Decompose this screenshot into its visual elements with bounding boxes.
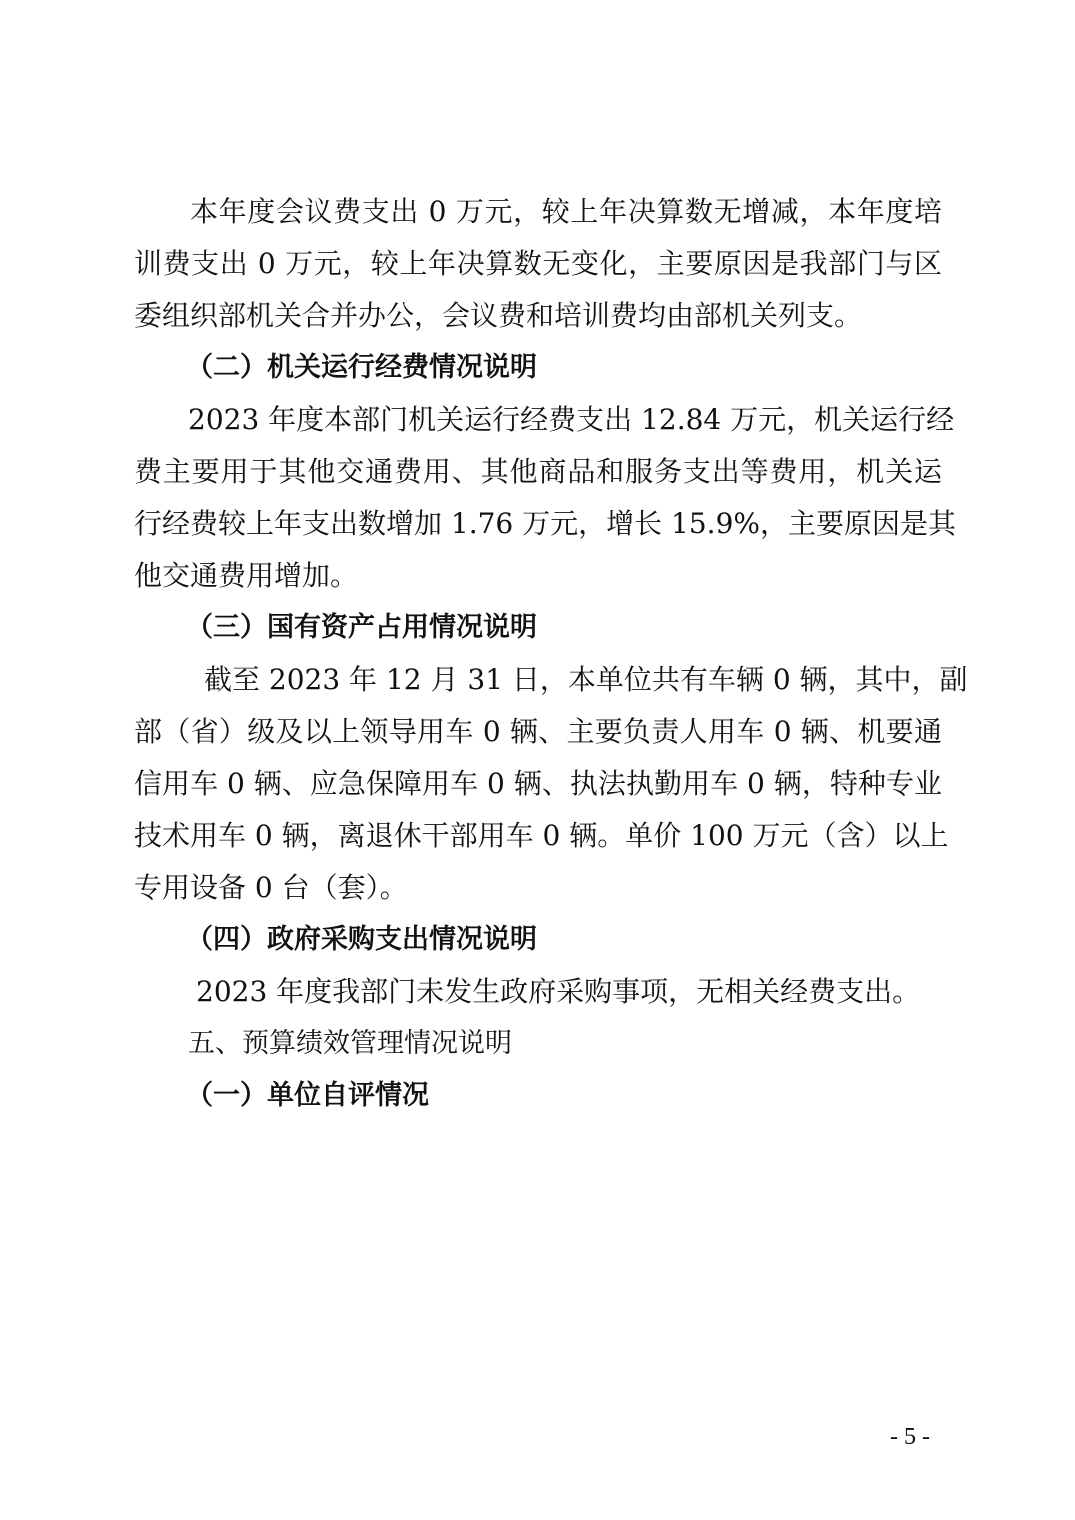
paragraph-2-line-1: 2023 年度本部门机关运行经费支出 12.84 万元，机关运行经 — [188, 402, 942, 438]
paragraph-3-line-3: 信用车 0 辆、应急保障用车 0 辆、执法执勤用车 0 辆，特种专业 — [134, 766, 942, 802]
heading-government-procurement: （四）政府采购支出情况说明 — [186, 922, 537, 958]
document-page: 本年度会议费支出 0 万元，较上年决算数无增减，本年度培 训费支出 0 万元，较… — [0, 0, 1075, 1520]
heading-operating-expenses: （二）机关运行经费情况说明 — [186, 350, 537, 386]
page-number: - 5 - — [890, 1422, 930, 1452]
paragraph-2-line-2: 费主要用于其他交通费用、其他商品和服务支出等费用，机关运 — [134, 454, 942, 490]
paragraph-3-line-4: 技术用车 0 辆，离退休干部用车 0 辆。单价 100 万元（含）以上 — [134, 818, 942, 854]
paragraph-3-line-5: 专用设备 0 台（套）。 — [134, 870, 408, 906]
paragraph-4-line-1: 2023 年度我部门未发生政府采购事项，无相关经费支出。 — [196, 974, 920, 1010]
paragraph-3-line-2: 部（省）级及以上领导用车 0 辆、主要负责人用车 0 辆、机要通 — [134, 714, 942, 750]
paragraph-2-line-3: 行经费较上年支出数增加 1.76 万元，增长 15.9%，主要原因是其 — [134, 506, 942, 542]
paragraph-1-line-2: 训费支出 0 万元，较上年决算数无变化，主要原因是我部门与区 — [134, 246, 942, 282]
paragraph-1-line-1: 本年度会议费支出 0 万元，较上年决算数无增减，本年度培 — [190, 194, 942, 230]
paragraph-3-line-1: 截至 2023 年 12 月 31 日，本单位共有车辆 0 辆，其中，副 — [204, 662, 942, 698]
heading-state-assets: （三）国有资产占用情况说明 — [186, 610, 537, 646]
paragraph-2-line-4: 他交通费用增加。 — [134, 558, 358, 594]
heading-self-evaluation: （一）单位自评情况 — [186, 1078, 429, 1114]
paragraph-1-line-3: 委组织部机关合并办公，会议费和培训费均由部机关列支。 — [134, 298, 862, 334]
section-5-title: 五、预算绩效管理情况说明 — [188, 1026, 512, 1062]
